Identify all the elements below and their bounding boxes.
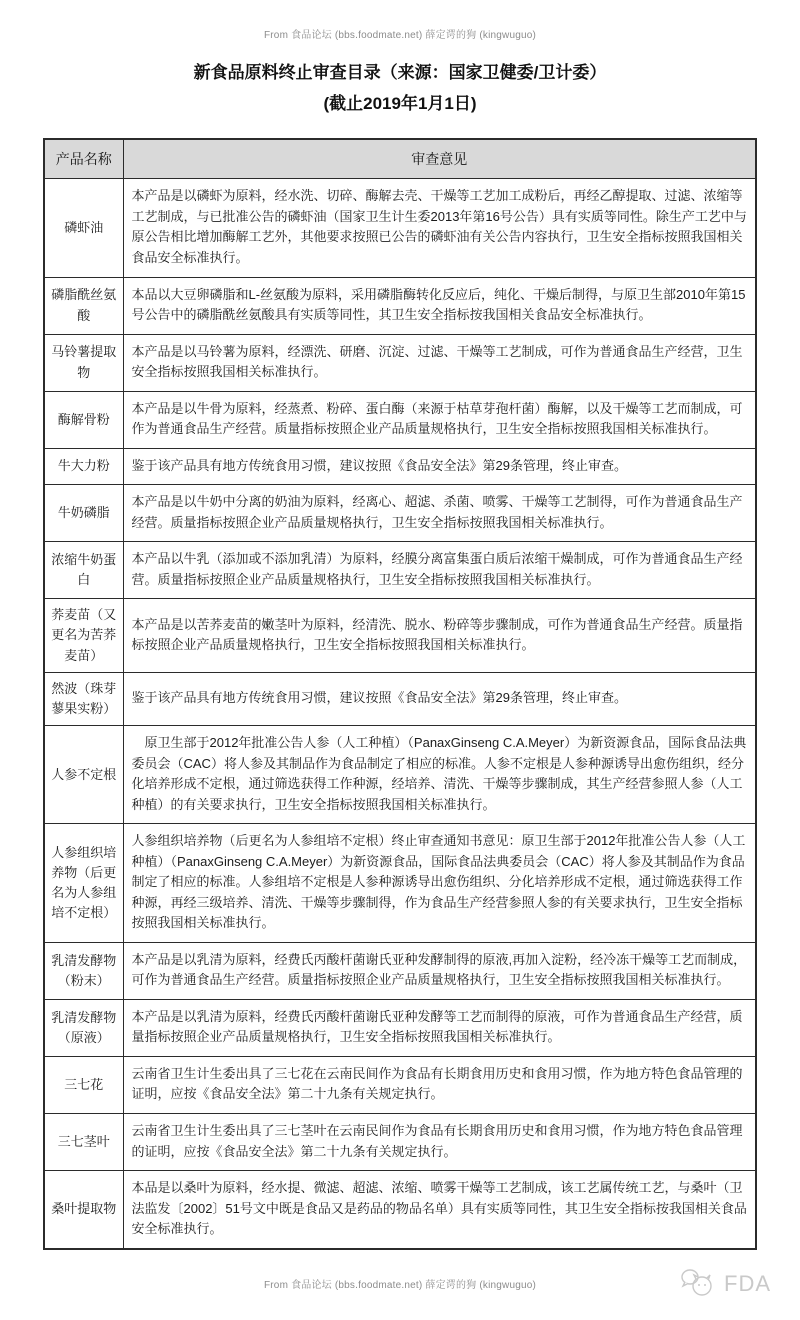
- page-title-line1: 新食品原料终止审查目录（来源：国家卫健委/卫计委）: [43, 57, 757, 88]
- table-row: 牛奶磷脂 本产品是以牛奶中分离的奶油为原料，经离心、超滤、杀菌、喷雾、干燥等工艺…: [44, 485, 756, 542]
- review-opinion-cell: 本产品是以牛奶中分离的奶油为原料，经离心、超滤、杀菌、喷雾、干燥等工艺制得，可作…: [123, 485, 756, 542]
- table-row: 牛大力粉 鉴于该产品具有地方传统食用习惯，建议按照《食品安全法》第29条管理，终…: [44, 448, 756, 485]
- table-row: 人参不定根 原卫生部于2012年批准公告人参（人工种植）（PanaxGinsen…: [44, 726, 756, 824]
- review-opinion-cell: 云南省卫生计生委出具了三七花在云南民间作为食品有长期食用历史和食用习惯，作为地方…: [123, 1056, 756, 1113]
- review-opinion-cell: 本品是以桑叶为原料，经水提、微滤、超滤、浓缩、喷雾干燥等工艺制成，该工艺属传统工…: [123, 1171, 756, 1249]
- product-name-cell: 乳清发酵物（粉末）: [44, 942, 123, 999]
- review-opinion-cell: 本产品是以马铃薯为原料，经漂洗、研磨、沉淀、过滤、干燥等工艺制成，可作为普通食品…: [123, 334, 756, 391]
- review-opinion-cell: 本产品是以乳清为原料，经费氏丙酸杆菌谢氏亚种发酵等工艺而制得的原液，可作为普通食…: [123, 999, 756, 1056]
- product-name-cell: 乳清发酵物（原液）: [44, 999, 123, 1056]
- product-name-cell: 牛大力粉: [44, 448, 123, 485]
- source-attribution-bottom: From 食品论坛 (bbs.foodmate.net) 薛定谔的狗 (king…: [43, 1264, 757, 1291]
- table-row: 磷脂酰丝氨酸 本品以大豆卵磷脂和L-丝氨酸为原料，采用磷脂酶转化反应后，纯化、干…: [44, 277, 756, 334]
- product-name-cell: 桑叶提取物: [44, 1171, 123, 1249]
- review-opinion-cell: 本产品是以苦荞麦苗的嫩茎叶为原料，经清洗、脱水、粉碎等步骤制成，可作为普通食品生…: [123, 599, 756, 672]
- review-opinion-cell: 云南省卫生计生委出具了三七茎叶在云南民间作为食品有长期食用历史和食用习惯，作为地…: [123, 1114, 756, 1171]
- review-opinion-cell: 鉴于该产品具有地方传统食用习惯，建议按照《食品安全法》第29条管理，终止审查。: [123, 448, 756, 485]
- column-header-review-opinion: 审查意见: [123, 139, 756, 179]
- page-title-line2: (截止2019年1月1日): [43, 88, 757, 119]
- table-row: 乳清发酵物（原液） 本产品是以乳清为原料，经费氏丙酸杆菌谢氏亚种发酵等工艺而制得…: [44, 999, 756, 1056]
- review-table: 产品名称 审查意见 磷虾油 本产品是以磷虾为原料，经水洗、切碎、酶解去壳、干燥等…: [43, 138, 757, 1250]
- review-opinion-cell: 本产品以牛乳（添加或不添加乳清）为原料，经膜分离富集蛋白质后浓缩干燥制成，可作为…: [123, 542, 756, 599]
- table-row: 荞麦苗（又更名为苦荞麦苗） 本产品是以苦荞麦苗的嫩茎叶为原料，经清洗、脱水、粉碎…: [44, 599, 756, 672]
- table-header-row: 产品名称 审查意见: [44, 139, 756, 179]
- review-opinion-cell: 鉴于该产品具有地方传统食用习惯，建议按照《食品安全法》第29条管理，终止审查。: [123, 672, 756, 725]
- product-name-cell: 磷虾油: [44, 179, 123, 277]
- product-name-cell: 浓缩牛奶蛋白: [44, 542, 123, 599]
- wechat-mascot-icon: [679, 1268, 721, 1300]
- source-attribution-top: From 食品论坛 (bbs.foodmate.net) 薛定谔的狗 (king…: [43, 26, 757, 41]
- table-row: 人参组织培养物（后更名为人参组培不定根） 人参组织培养物（后更名为人参组培不定根…: [44, 824, 756, 943]
- column-header-product-name: 产品名称: [44, 139, 123, 179]
- fda-watermark-text: FDA: [724, 1271, 771, 1297]
- table-row: 酶解骨粉 本产品是以牛骨为原料，经蒸煮、粉碎、蛋白酶（来源于枯草芽孢杆菌）酶解，…: [44, 391, 756, 448]
- table-row: 马铃薯提取物 本产品是以马铃薯为原料，经漂洗、研磨、沉淀、过滤、干燥等工艺制成，…: [44, 334, 756, 391]
- product-name-cell: 荞麦苗（又更名为苦荞麦苗）: [44, 599, 123, 672]
- product-name-cell: 酶解骨粉: [44, 391, 123, 448]
- product-name-cell: 磷脂酰丝氨酸: [44, 277, 123, 334]
- table-row: 然波（珠芽蓼果实粉） 鉴于该产品具有地方传统食用习惯，建议按照《食品安全法》第2…: [44, 672, 756, 725]
- page-footer: From 食品论坛 (bbs.foodmate.net) 薛定谔的狗 (king…: [43, 1264, 757, 1312]
- review-opinion-cell: 本品以大豆卵磷脂和L-丝氨酸为原料，采用磷脂酶转化反应后，纯化、干燥后制得，与原…: [123, 277, 756, 334]
- fda-watermark: FDA: [679, 1268, 771, 1300]
- page-title: 新食品原料终止审查目录（来源：国家卫健委/卫计委） (截止2019年1月1日): [43, 57, 757, 120]
- product-name-cell: 然波（珠芽蓼果实粉）: [44, 672, 123, 725]
- table-row: 浓缩牛奶蛋白 本产品以牛乳（添加或不添加乳清）为原料，经膜分离富集蛋白质后浓缩干…: [44, 542, 756, 599]
- product-name-cell: 牛奶磷脂: [44, 485, 123, 542]
- product-name-cell: 人参组织培养物（后更名为人参组培不定根）: [44, 824, 123, 943]
- table-row: 磷虾油 本产品是以磷虾为原料，经水洗、切碎、酶解去壳、干燥等工艺加工成粉后，再经…: [44, 179, 756, 277]
- review-opinion-cell: 原卫生部于2012年批准公告人参（人工种植）（PanaxGinseng C.A.…: [123, 726, 756, 824]
- document-page: From 食品论坛 (bbs.foodmate.net) 薛定谔的狗 (king…: [0, 0, 800, 1320]
- review-opinion-cell: 人参组织培养物（后更名为人参组培不定根）终止审查通知书意见：原卫生部于2012年…: [123, 824, 756, 943]
- product-name-cell: 三七茎叶: [44, 1114, 123, 1171]
- review-opinion-cell: 本产品是以乳清为原料，经费氏丙酸杆菌谢氏亚种发酵制得的原液,再加入淀粉，经冷冻干…: [123, 942, 756, 999]
- product-name-cell: 人参不定根: [44, 726, 123, 824]
- table-row: 桑叶提取物 本品是以桑叶为原料，经水提、微滤、超滤、浓缩、喷雾干燥等工艺制成，该…: [44, 1171, 756, 1249]
- review-opinion-cell: 本产品是以磷虾为原料，经水洗、切碎、酶解去壳、干燥等工艺加工成粉后，再经乙醇提取…: [123, 179, 756, 277]
- product-name-cell: 三七花: [44, 1056, 123, 1113]
- table-row: 三七花 云南省卫生计生委出具了三七花在云南民间作为食品有长期食用历史和食用习惯，…: [44, 1056, 756, 1113]
- review-opinion-cell: 本产品是以牛骨为原料，经蒸煮、粉碎、蛋白酶（来源于枯草芽孢杆菌）酶解，以及干燥等…: [123, 391, 756, 448]
- product-name-cell: 马铃薯提取物: [44, 334, 123, 391]
- table-row: 乳清发酵物（粉末） 本产品是以乳清为原料，经费氏丙酸杆菌谢氏亚种发酵制得的原液,…: [44, 942, 756, 999]
- table-row: 三七茎叶 云南省卫生计生委出具了三七茎叶在云南民间作为食品有长期食用历史和食用习…: [44, 1114, 756, 1171]
